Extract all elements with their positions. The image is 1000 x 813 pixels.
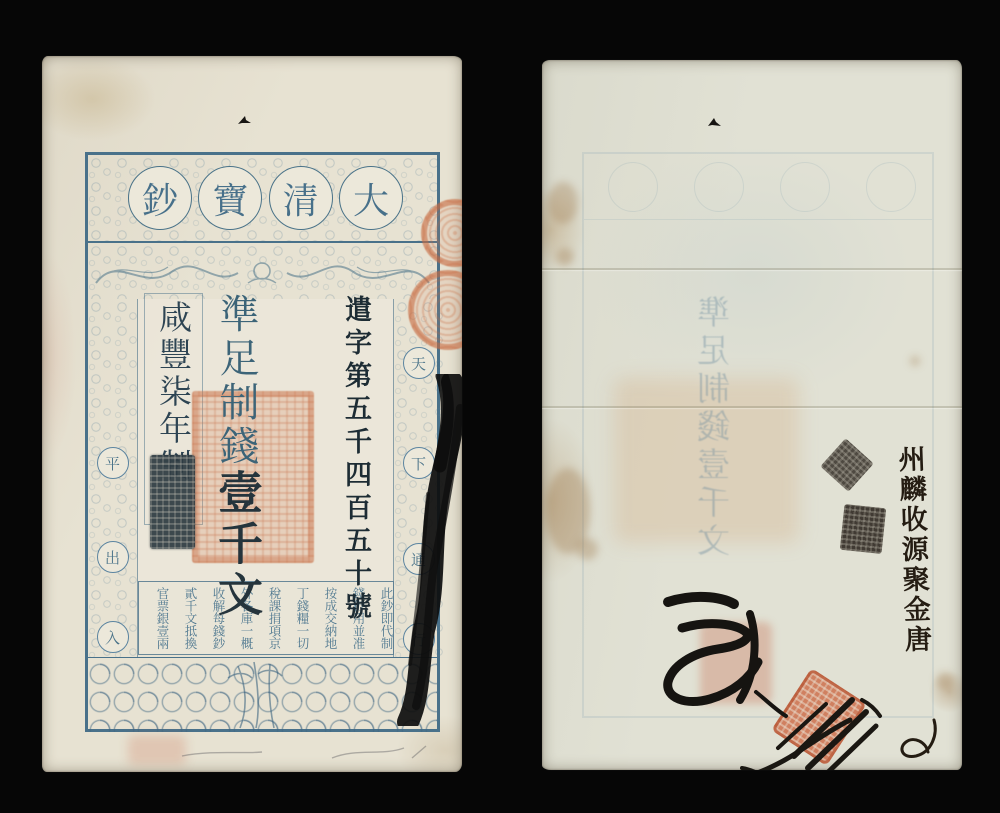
title-medallion-bao: 寶	[198, 166, 262, 230]
ink-speck	[236, 114, 252, 126]
showthrough-medallion	[780, 162, 830, 212]
dragon-frieze	[88, 243, 437, 299]
title-medallion-da: 大	[339, 166, 403, 230]
faint-pencil-marks	[142, 742, 442, 768]
dark-official-seal	[150, 455, 195, 549]
title-band: 鈔 寶 清 大	[88, 155, 437, 243]
denomination-printed: 準足制錢	[213, 293, 259, 469]
black-seal-lower	[840, 504, 887, 554]
wave-rock-icon	[88, 658, 437, 731]
endorsement-flourish	[894, 718, 942, 762]
showthrough-medallion	[608, 162, 658, 212]
foxing-stain	[936, 672, 954, 690]
banknote-photo: 鈔 寶 清 大	[0, 0, 1000, 813]
showthrough-medallion	[866, 162, 916, 212]
title-medallion-qing: 清	[269, 166, 333, 230]
foxing-stain	[910, 356, 920, 366]
ink-speck	[706, 116, 722, 128]
title-medallion-chao: 鈔	[128, 166, 192, 230]
black-brush-stroke	[394, 374, 462, 726]
fold-crease	[542, 406, 962, 408]
clause-column: 丁錢糧一切	[282, 584, 308, 652]
banknote-front: 鈔 寶 清 大	[42, 56, 462, 772]
printed-border-frame: 鈔 寶 清 大	[85, 152, 440, 732]
banknote-back: 準足制錢壹千文 州麟收源聚金唐	[542, 60, 962, 770]
clause-column: 按成交納地	[310, 584, 336, 652]
clause-column: 官票銀壹兩	[142, 584, 168, 652]
foxing-stain	[556, 248, 574, 266]
foxing-stain	[548, 182, 578, 224]
fold-crease	[542, 268, 962, 270]
wave-pattern	[88, 657, 437, 732]
clause-column: 貳千文抵換	[170, 584, 196, 652]
showthrough-title-band	[584, 154, 932, 220]
serial-number-column: 遣字第五千四百五十號	[336, 295, 375, 625]
showthrough-medallion	[694, 162, 744, 212]
foxing-stain	[576, 538, 598, 560]
showthrough-denomination: 準足制錢壹千文	[692, 295, 739, 590]
border-medallion-ru: 入	[97, 621, 129, 653]
border-medallion-chu: 出	[97, 541, 129, 573]
twin-dragons-icon	[88, 243, 437, 299]
border-medallion-ping: 平	[97, 447, 129, 479]
denomination-column: 準足制錢壹千文	[204, 293, 269, 623]
denomination-handwritten: 壹千文	[210, 469, 263, 622]
left-border-strip: 平 出 入	[88, 299, 138, 657]
diagonal-ink-endorsement	[734, 682, 886, 770]
